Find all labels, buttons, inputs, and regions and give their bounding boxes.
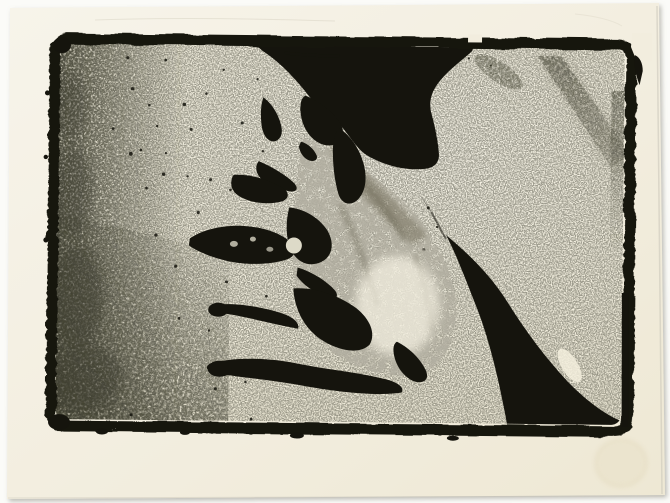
photo-print <box>41 27 653 457</box>
photo-image: High-contrast black and white photograph… <box>0 0 670 503</box>
scanned-photograph: High-contrast black and white photograph… <box>0 0 670 503</box>
paper-stain <box>595 439 647 487</box>
frame-notch-top <box>468 34 482 42</box>
photo-image-area <box>50 37 632 456</box>
